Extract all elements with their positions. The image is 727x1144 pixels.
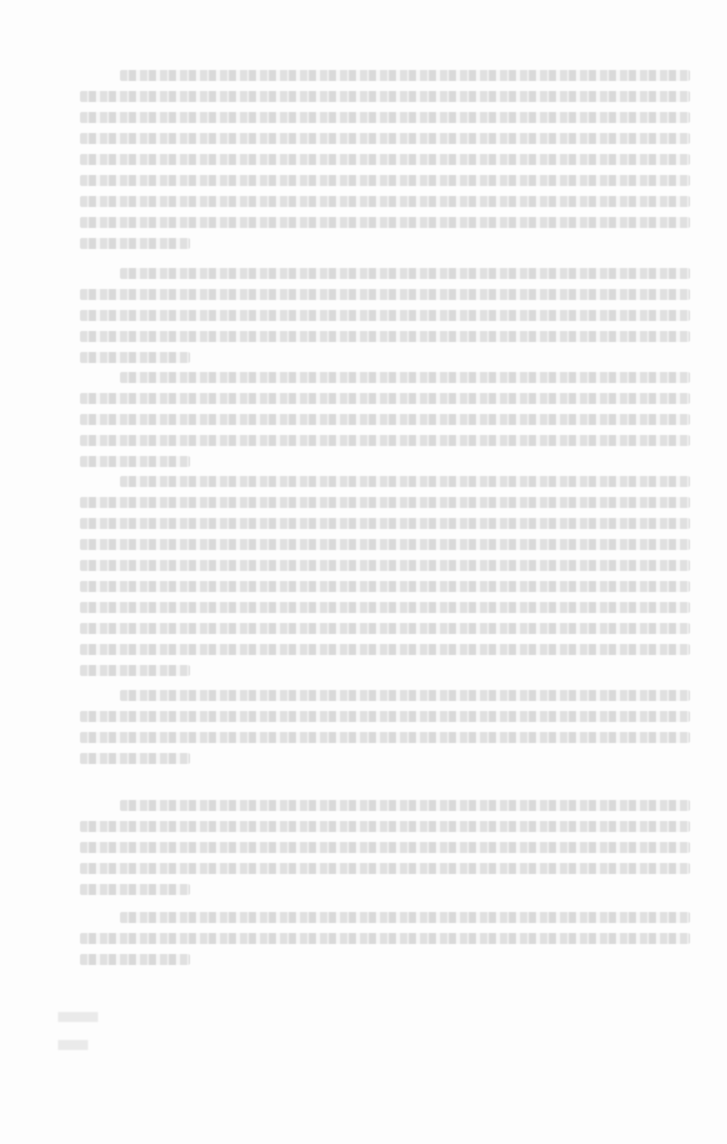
- paragraph: [80, 70, 690, 259]
- text-line: [120, 800, 690, 811]
- footer-mark-2: [58, 1040, 88, 1050]
- text-line: [80, 732, 690, 743]
- text-line: [80, 665, 190, 676]
- text-line: [80, 821, 690, 832]
- text-line: [80, 238, 190, 249]
- text-line: [80, 581, 690, 592]
- text-line: [120, 476, 690, 487]
- text-line: [80, 393, 690, 404]
- text-line: [80, 196, 690, 207]
- text-line: [120, 70, 690, 81]
- text-line: [80, 352, 190, 363]
- text-line: [80, 112, 690, 123]
- paragraph: [80, 476, 690, 686]
- text-line: [80, 933, 690, 944]
- text-line: [80, 644, 690, 655]
- text-line: [80, 289, 690, 300]
- text-line: [80, 518, 690, 529]
- text-line: [120, 268, 690, 279]
- text-line: [80, 863, 690, 874]
- text-line: [80, 623, 690, 634]
- text-line: [80, 310, 690, 321]
- text-line: [120, 690, 690, 701]
- text-line: [80, 154, 690, 165]
- paragraph: [80, 372, 690, 477]
- paragraph: [80, 800, 690, 905]
- paragraph: [80, 690, 690, 774]
- text-line: [80, 753, 190, 764]
- paragraph: [80, 268, 690, 373]
- text-line: [80, 954, 190, 965]
- text-line: [80, 842, 690, 853]
- text-line: [120, 372, 690, 383]
- paragraph: [80, 912, 690, 975]
- text-line: [80, 414, 690, 425]
- text-line: [80, 133, 690, 144]
- text-line: [80, 91, 690, 102]
- scanned-page: text too faded to read: [0, 0, 727, 1144]
- text-line: [80, 497, 690, 508]
- text-line: [120, 912, 690, 923]
- text-line: [80, 711, 690, 722]
- text-line: [80, 217, 690, 228]
- text-line: [80, 539, 690, 550]
- text-line: [80, 456, 190, 467]
- text-line: [80, 602, 690, 613]
- text-line: [80, 435, 690, 446]
- text-line: [80, 884, 190, 895]
- footer-mark-1: [58, 1012, 98, 1022]
- text-line: [80, 175, 690, 186]
- text-line: [80, 331, 690, 342]
- text-line: [80, 560, 690, 571]
